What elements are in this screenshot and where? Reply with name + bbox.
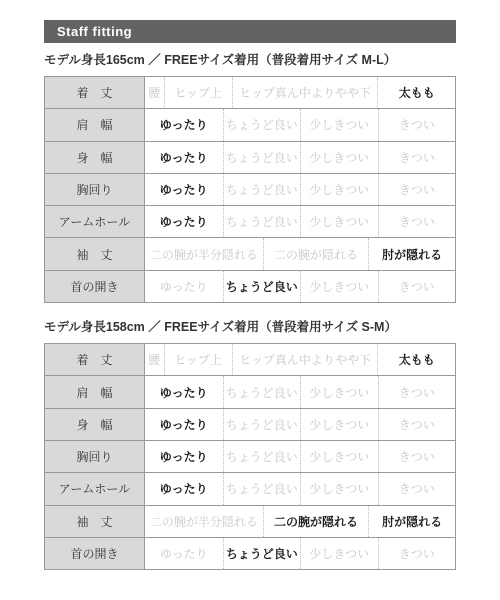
row-options: ゆったりちょうど良い少しきついきつい	[145, 409, 455, 440]
row-options: 二の腕が半分隠れる二の腕が隠れる肘が隠れる	[145, 506, 455, 537]
fit-cell: きつい	[378, 206, 456, 237]
fit-cell-selected: ゆったり	[145, 473, 223, 504]
table-row: 首の開きゆったりちょうど良い少しきついきつい	[45, 537, 455, 569]
fit-cell: 少しきつい	[300, 109, 378, 140]
fit-cell-selected: ちょうど良い	[223, 538, 301, 569]
fit-cell: きつい	[378, 409, 456, 440]
row-options: ゆったりちょうど良い少しきついきつい	[145, 538, 455, 569]
fit-cell: 少しきつい	[300, 473, 378, 504]
fit-cell: 少しきつい	[300, 441, 378, 472]
row-label: 袖 丈	[45, 506, 145, 537]
fit-cell: 少しきつい	[300, 174, 378, 205]
table-row: 肩 幅ゆったりちょうど良い少しきついきつい	[45, 375, 455, 407]
fit-cell: きつい	[378, 473, 456, 504]
fit-cell-selected: 肘が隠れる	[368, 506, 455, 537]
row-label: 着 丈	[45, 344, 145, 375]
fit-cell: ちょうど良い	[223, 142, 301, 173]
row-options: ゆったりちょうど良い少しきついきつい	[145, 473, 455, 504]
staff-fitting-section: Staff fitting モデル身長165cm ／ FREEサイズ着用（普段着…	[0, 0, 500, 570]
fit-cell: 腰	[145, 344, 164, 375]
table-row: 胸回りゆったりちょうど良い少しきついきつい	[45, 440, 455, 472]
fit-cell: 二の腕が半分隠れる	[145, 238, 263, 269]
row-label: 首の開き	[45, 271, 145, 302]
fit-cell: 少しきつい	[300, 271, 378, 302]
row-options: ゆったりちょうど良い少しきついきつい	[145, 142, 455, 173]
fit-cell: ゆったり	[145, 271, 223, 302]
row-label: 胸回り	[45, 174, 145, 205]
row-label: 着 丈	[45, 77, 145, 108]
fit-cell: ゆったり	[145, 538, 223, 569]
row-label: 肩 幅	[45, 376, 145, 407]
fit-cell-selected: ゆったり	[145, 376, 223, 407]
row-label: 首の開き	[45, 538, 145, 569]
table-row: 胸回りゆったりちょうど良い少しきついきつい	[45, 173, 455, 205]
fit-cell: ちょうど良い	[223, 376, 301, 407]
row-options: ゆったりちょうど良い少しきついきつい	[145, 271, 455, 302]
section-header-bar: Staff fitting	[44, 20, 456, 43]
fit-cell: ちょうど良い	[223, 441, 301, 472]
fit-cell: ヒップ真ん中よりやや下	[232, 77, 378, 108]
row-label: 身 幅	[45, 142, 145, 173]
row-options: ゆったりちょうど良い少しきついきつい	[145, 174, 455, 205]
section-title: Staff fitting	[57, 24, 132, 39]
fit-cell: ちょうど良い	[223, 206, 301, 237]
table-row: 肩 幅ゆったりちょうど良い少しきついきつい	[45, 108, 455, 140]
table-row: 着 丈腰ヒップ上ヒップ真ん中よりやや下太もも	[45, 344, 455, 375]
row-options: ゆったりちょうど良い少しきついきつい	[145, 376, 455, 407]
row-label: 袖 丈	[45, 238, 145, 269]
fit-cell: 二の腕が隠れる	[263, 238, 368, 269]
row-options: 腰ヒップ上ヒップ真ん中よりやや下太もも	[145, 344, 455, 375]
fit-cell-selected: 太もも	[377, 344, 455, 375]
row-label: 身 幅	[45, 409, 145, 440]
fit-cell: ヒップ真ん中よりやや下	[232, 344, 378, 375]
fitting-table-158: 着 丈腰ヒップ上ヒップ真ん中よりやや下太もも肩 幅ゆったりちょうど良い少しきつい…	[44, 343, 456, 570]
fit-cell: きつい	[378, 109, 456, 140]
table-row: アームホールゆったりちょうど良い少しきついきつい	[45, 472, 455, 504]
table-row: 身 幅ゆったりちょうど良い少しきついきつい	[45, 141, 455, 173]
table-row: 着 丈腰ヒップ上ヒップ真ん中よりやや下太もも	[45, 77, 455, 108]
row-label: アームホール	[45, 206, 145, 237]
fit-cell: 少しきつい	[300, 409, 378, 440]
row-label: 肩 幅	[45, 109, 145, 140]
fit-cell: ヒップ上	[164, 344, 232, 375]
fit-cell: きつい	[378, 174, 456, 205]
fit-cell: きつい	[378, 441, 456, 472]
fit-cell: ヒップ上	[164, 77, 232, 108]
fitting-caption-165: モデル身長165cm ／ FREEサイズ着用（普段着用サイズ M-L）	[44, 53, 456, 68]
fitting-caption-158: モデル身長158cm ／ FREEサイズ着用（普段着用サイズ S-M）	[44, 320, 456, 335]
fit-cell-selected: ゆったり	[145, 142, 223, 173]
fit-cell-selected: ゆったり	[145, 174, 223, 205]
fit-cell: 二の腕が半分隠れる	[145, 506, 263, 537]
fit-cell-selected: 二の腕が隠れる	[263, 506, 368, 537]
fitting-table-165: 着 丈腰ヒップ上ヒップ真ん中よりやや下太もも肩 幅ゆったりちょうど良い少しきつい…	[44, 76, 456, 303]
fit-cell-selected: ゆったり	[145, 109, 223, 140]
row-options: 二の腕が半分隠れる二の腕が隠れる肘が隠れる	[145, 238, 455, 269]
fit-cell: ちょうど良い	[223, 174, 301, 205]
fit-cell-selected: 肘が隠れる	[368, 238, 455, 269]
fitting-block-model-158: モデル身長158cm ／ FREEサイズ着用（普段着用サイズ S-M） 着 丈腰…	[44, 320, 456, 570]
fit-cell: 少しきつい	[300, 142, 378, 173]
fit-cell: ちょうど良い	[223, 109, 301, 140]
row-label: 胸回り	[45, 441, 145, 472]
row-options: ゆったりちょうど良い少しきついきつい	[145, 206, 455, 237]
fit-cell-selected: 太もも	[377, 77, 455, 108]
fit-cell: 少しきつい	[300, 376, 378, 407]
row-options: ゆったりちょうど良い少しきついきつい	[145, 441, 455, 472]
fit-cell: きつい	[378, 271, 456, 302]
fit-cell: きつい	[378, 538, 456, 569]
table-row: 袖 丈二の腕が半分隠れる二の腕が隠れる肘が隠れる	[45, 505, 455, 537]
row-options: ゆったりちょうど良い少しきついきつい	[145, 109, 455, 140]
fit-cell: 腰	[145, 77, 164, 108]
fit-cell: ちょうど良い	[223, 409, 301, 440]
row-options: 腰ヒップ上ヒップ真ん中よりやや下太もも	[145, 77, 455, 108]
fit-cell: きつい	[378, 142, 456, 173]
fit-cell-selected: ゆったり	[145, 441, 223, 472]
fit-cell-selected: ゆったり	[145, 206, 223, 237]
table-row: 首の開きゆったりちょうど良い少しきついきつい	[45, 270, 455, 302]
table-row: アームホールゆったりちょうど良い少しきついきつい	[45, 205, 455, 237]
fit-cell: 少しきつい	[300, 206, 378, 237]
fitting-block-model-165: モデル身長165cm ／ FREEサイズ着用（普段着用サイズ M-L） 着 丈腰…	[44, 53, 456, 303]
fit-cell-selected: ちょうど良い	[223, 271, 301, 302]
fit-cell: 少しきつい	[300, 538, 378, 569]
fit-cell: きつい	[378, 376, 456, 407]
row-label: アームホール	[45, 473, 145, 504]
fit-cell: ちょうど良い	[223, 473, 301, 504]
fit-cell-selected: ゆったり	[145, 409, 223, 440]
table-row: 袖 丈二の腕が半分隠れる二の腕が隠れる肘が隠れる	[45, 237, 455, 269]
table-row: 身 幅ゆったりちょうど良い少しきついきつい	[45, 408, 455, 440]
